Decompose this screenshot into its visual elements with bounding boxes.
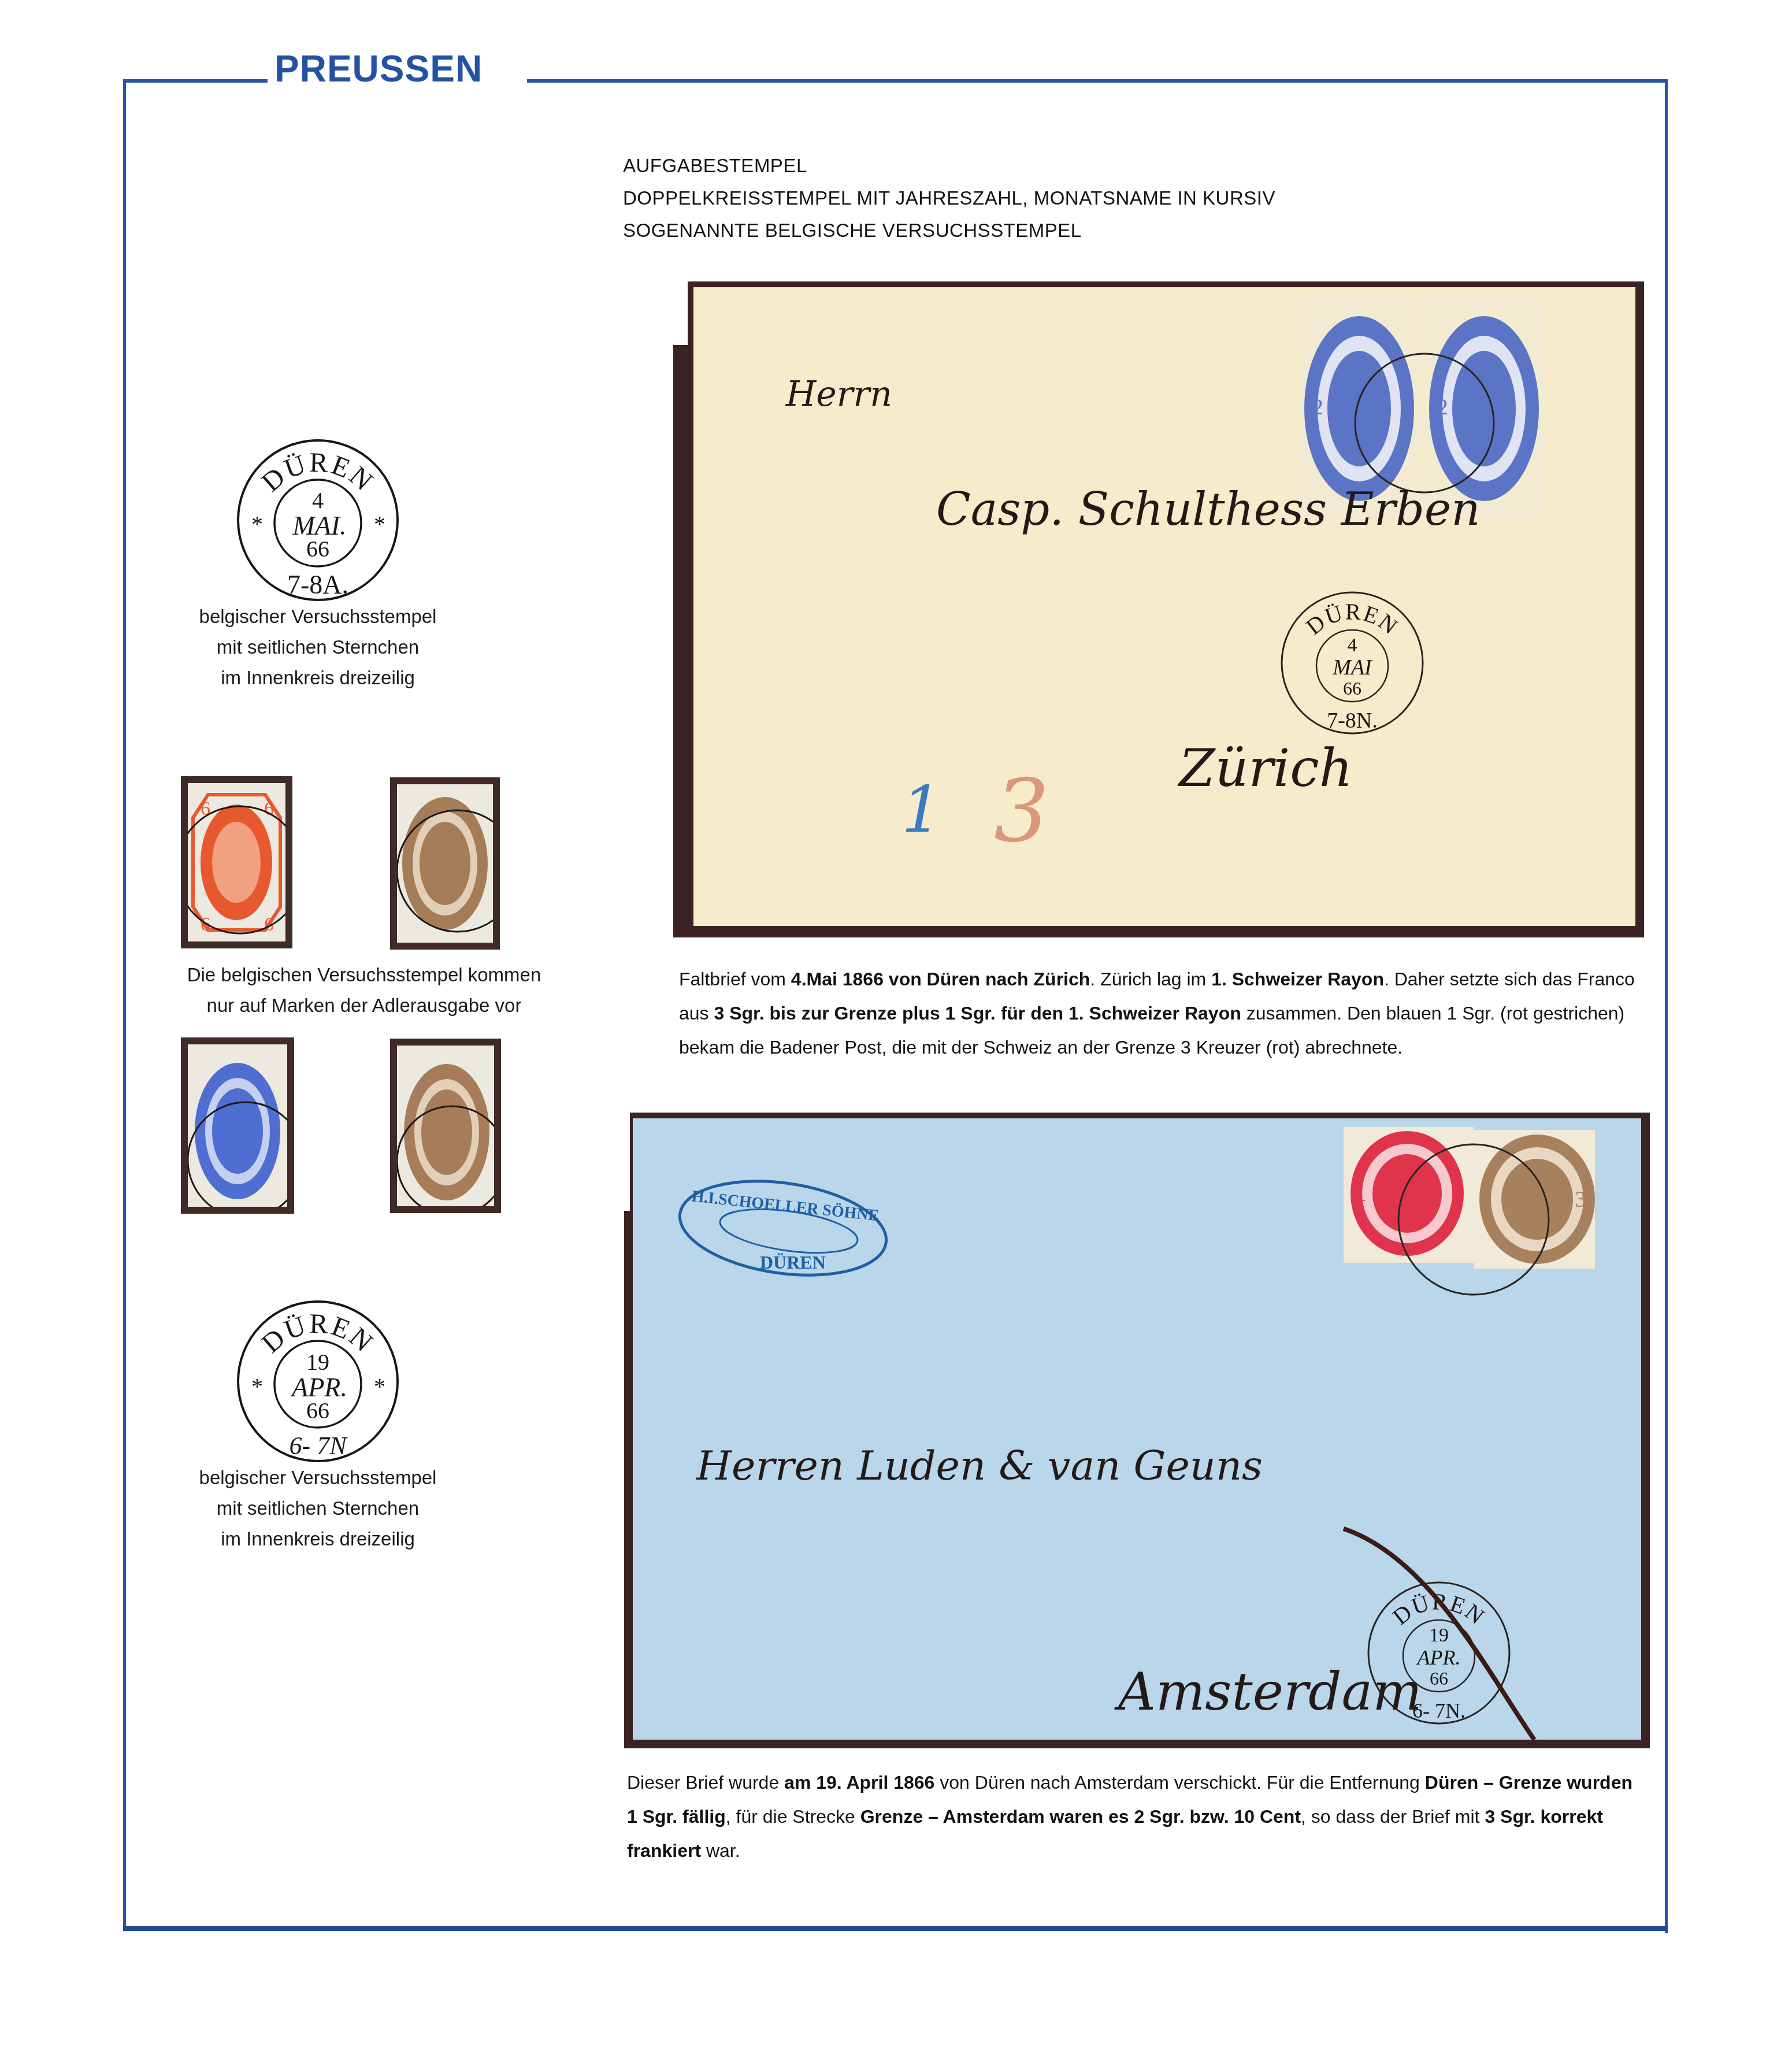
postmark-drawing-1: DÜREN 4 MAI. 66 7-8A. * *	[234, 436, 402, 604]
svg-text:MAI: MAI	[1332, 655, 1373, 680]
cover-1-address-salutation: Herrn	[786, 374, 892, 414]
cover-2-paper: 1 3 H.I.SCHOELLER SÖHNE DÜREN Herren Lud…	[633, 1118, 1641, 1740]
svg-text:2: 2	[1437, 394, 1448, 420]
cover-1: 2 2 Herrn Casp. Schulthess Erben DÜREN 4…	[673, 281, 1644, 937]
postmark-1-year: 66	[306, 536, 329, 562]
heading-1: AUFGABESTEMPEL	[623, 155, 807, 177]
svg-text:4: 4	[1348, 635, 1357, 656]
cover-1-marking-red: 3	[994, 761, 1049, 862]
svg-text:6: 6	[264, 798, 274, 820]
postmark-2-year: 66	[306, 1398, 329, 1424]
svg-text:2: 2	[1312, 394, 1323, 420]
cover-2-description: Dieser Brief wurde am 19. April 1866 von…	[627, 1766, 1644, 1868]
star-icon: *	[251, 1373, 263, 1399]
postmark-1-time: 7-8A.	[287, 570, 348, 599]
frame-bottom	[123, 1926, 1668, 1931]
cover-1-address-name: Casp. Schulthess Erben	[936, 484, 1480, 536]
loose-stamp-6pf: 6 6 6 6	[181, 776, 292, 948]
cover-1-paper: 2 2 Herrn Casp. Schulthess Erben DÜREN 4…	[693, 287, 1635, 926]
postmark-drawing-2: DÜREN 19 APR. 66 6- 7N * *	[234, 1295, 402, 1462]
star-icon: *	[251, 511, 263, 537]
frame-right	[1665, 79, 1668, 1933]
cover-1-description: Faltbrief vom 4.Mai 1866 von Düren nach …	[679, 962, 1638, 1065]
postmark-1-day: 4	[312, 487, 324, 513]
cover-2-address-city: Amsterdam	[1118, 1662, 1422, 1722]
svg-text:DÜREN: DÜREN	[1301, 598, 1403, 640]
loose-stamp-3sgr-b	[390, 1039, 501, 1213]
postmark-2-caption: belgischer Versuchsstempel mit seitliche…	[173, 1462, 462, 1554]
svg-text:7-8N.: 7-8N.	[1327, 709, 1378, 733]
cover-1-marking-blue: 1	[901, 773, 942, 847]
loose-stamp-2sgr	[181, 1037, 294, 1214]
heading-3: SOGENANNTE BELGISCHE VERSUCHSSTEMPEL	[623, 220, 1082, 242]
svg-text:66: 66	[1343, 678, 1361, 699]
cover-2: 1 3 H.I.SCHOELLER SÖHNE DÜREN Herren Lud…	[624, 1113, 1650, 1748]
postmark-2-day: 19	[306, 1349, 329, 1375]
postmark-1-caption: belgischer Versuchsstempel mit seitliche…	[173, 601, 462, 693]
postmark-2-time: 6- 7N	[290, 1432, 348, 1460]
stamps-caption: Die belgischen Versuchsstempel kommen nu…	[168, 959, 561, 1021]
heading-2: DOPPELKREISSTEMPEL MIT JAHRESZAHL, MONAT…	[623, 187, 1275, 209]
frame-top-left	[123, 79, 268, 83]
star-icon: *	[374, 1373, 385, 1399]
page-title: PREUSSEN	[274, 47, 483, 90]
cover-1-address-city: Zürich	[1179, 738, 1353, 799]
frame-top-right	[527, 79, 1668, 83]
star-icon: *	[374, 511, 385, 537]
frame-left	[123, 79, 126, 1930]
loose-stamp-3sgr-a	[390, 777, 500, 950]
